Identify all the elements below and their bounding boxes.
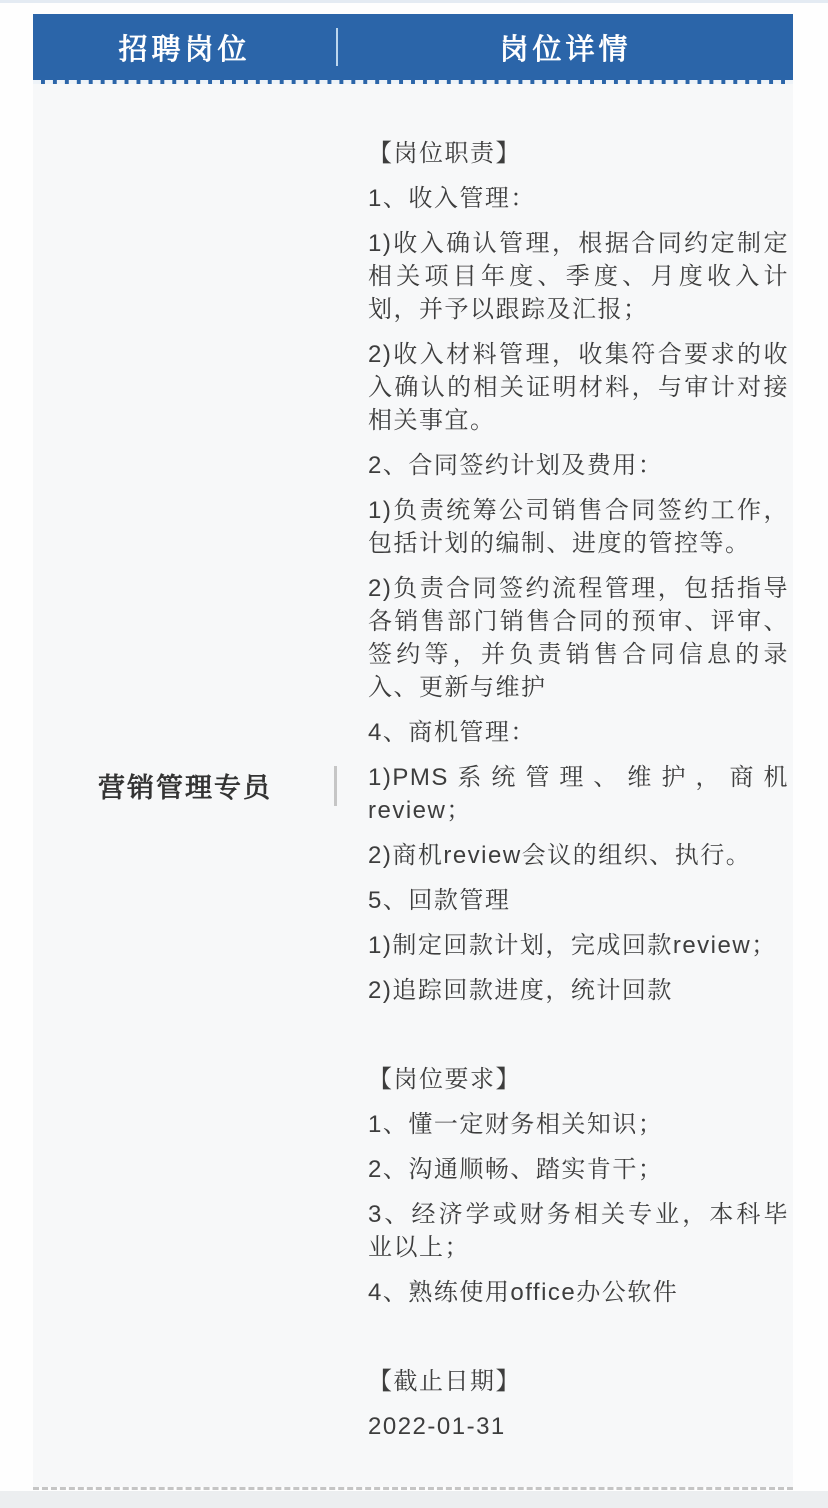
position-name: 营销管理专员 [98,766,272,805]
detail-paragraph: 2)商机review会议的组织、执行。 [368,839,789,872]
detail-paragraph: 3、经济学或财务相关专业，本科毕业以上； [368,1198,789,1264]
detail-paragraph: 4、熟练使用office办公软件 [368,1276,789,1309]
section-title: 【岗位要求】 [368,1063,789,1096]
detail-paragraph: 1)制定回款计划，完成回款review； [368,929,789,962]
detail-section: 【岗位职责】1、收入管理：1)收入确认管理，根据合同约定制定相关项目年度、季度、… [368,137,789,1007]
column-header-recruit-position: 招聘岗位 [33,27,336,68]
detail-paragraph: 2)追踪回款进度，统计回款 [368,974,789,1007]
detail-paragraph: 2)收入材料管理，收集符合要求的收入确认的相关证明材料，与审计对接相关事宜。 [368,338,789,437]
table-body: 营销管理专员 【岗位职责】1、收入管理：1)收入确认管理，根据合同约定制定相关项… [33,84,793,1487]
details-cell: 【岗位职责】1、收入管理：1)收入确认管理，根据合同约定制定相关项目年度、季度、… [337,84,793,1487]
detail-paragraph: 2、沟通顺畅、踏实肯干； [368,1153,789,1186]
detail-paragraph: 1、懂一定财务相关知识； [368,1108,789,1141]
detail-paragraph: 4、商机管理： [368,716,789,749]
page: 招聘岗位 岗位详情 营销管理专员 【岗位职责】1、收入管理：1)收入确认管理，根… [0,0,828,1508]
section-title: 【岗位职责】 [368,137,789,170]
detail-paragraph: 2、合同签约计划及费用： [368,449,789,482]
detail-paragraph: 2)负责合同签约流程管理，包括指导各销售部门销售合同的预审、评审、签约等，并负责… [368,572,789,704]
detail-paragraph: 1)PMS系统管理、维护，商机review； [368,761,789,827]
detail-paragraph: 5、回款管理 [368,884,789,917]
detail-section: 【截止日期】2022-01-31 [368,1365,789,1443]
row-column-divider [334,766,337,806]
position-cell: 营销管理专员 [33,84,337,1487]
table-header: 招聘岗位 岗位详情 [33,14,793,84]
section-title: 【截止日期】 [368,1365,789,1398]
detail-paragraph: 1)收入确认管理，根据合同约定制定相关项目年度、季度、月度收入计划，并予以跟踪及… [368,227,789,326]
detail-paragraph: 1、收入管理： [368,182,789,215]
footer-strip [0,1491,828,1508]
top-hairline [0,0,828,3]
detail-paragraph: 1)负责统筹公司销售合同签约工作，包括计划的编制、进度的管控等。 [368,494,789,560]
detail-paragraph: 2022-01-31 [368,1410,789,1443]
column-header-position-details: 岗位详情 [338,27,793,68]
job-table: 招聘岗位 岗位详情 营销管理专员 【岗位职责】1、收入管理：1)收入确认管理，根… [33,14,793,1490]
detail-section: 【岗位要求】1、懂一定财务相关知识；2、沟通顺畅、踏实肯干；3、经济学或财务相关… [368,1063,789,1309]
